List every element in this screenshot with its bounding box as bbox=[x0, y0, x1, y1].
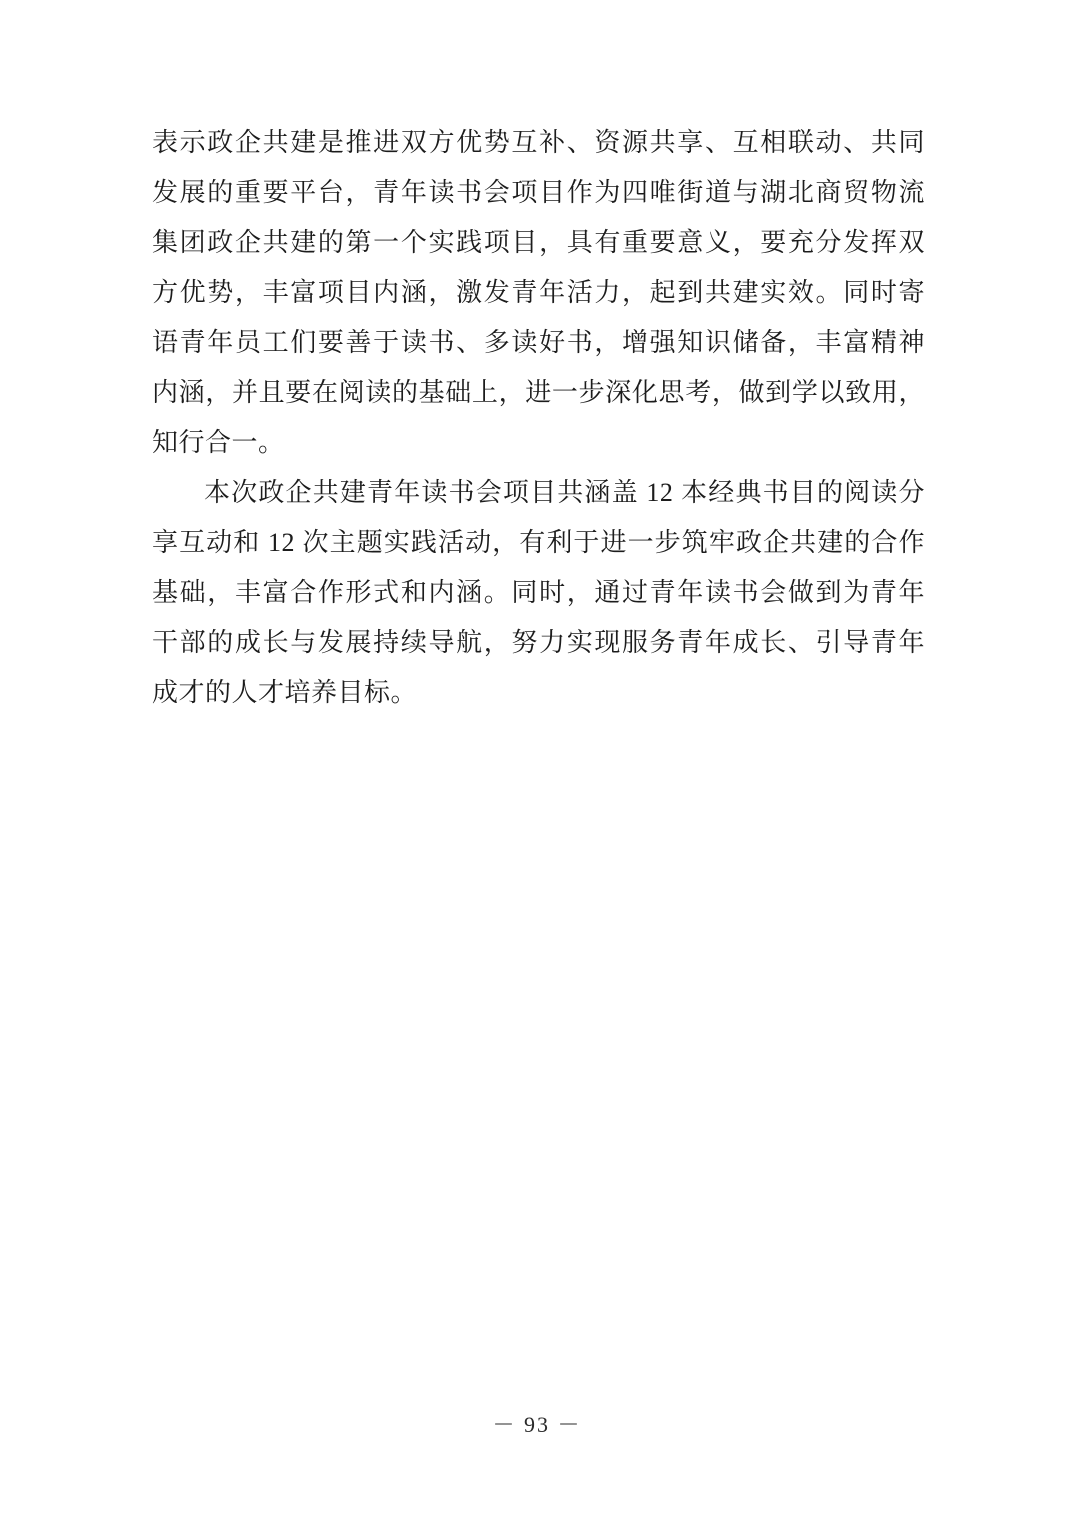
paragraph-1-line-6: 内涵，并且要在阅读的基础上，进一步深化思考，做到学以致用， bbox=[152, 368, 925, 418]
paragraph-2-line-3: 基础，丰富合作形式和内涵。同时，通过青年读书会做到为青年 bbox=[152, 568, 925, 618]
paragraph-2-line-2: 享互动和 12 次主题实践活动，有利于进一步筑牢政企共建的合作 bbox=[152, 518, 925, 568]
paragraph-1-line-5: 语青年员工们要善于读书、多读好书，增强知识储备，丰富精神 bbox=[152, 318, 925, 368]
paragraph-1-line-7: 知行合一。 bbox=[152, 418, 925, 468]
body-text: 表示政企共建是推进双方优势互补、资源共享、互相联动、共同 发展的重要平台，青年读… bbox=[152, 118, 925, 718]
paragraph-2-line-5: 成才的人才培养目标。 bbox=[152, 668, 925, 718]
document-page: 表示政企共建是推进双方优势互补、资源共享、互相联动、共同 发展的重要平台，青年读… bbox=[0, 0, 1074, 1520]
paragraph-1-line-1: 表示政企共建是推进双方优势互补、资源共享、互相联动、共同 bbox=[152, 118, 925, 168]
page-number: － 93 － bbox=[0, 1408, 1074, 1439]
paragraph-1-line-3: 集团政企共建的第一个实践项目，具有重要意义，要充分发挥双 bbox=[152, 218, 925, 268]
paragraph-1-line-2: 发展的重要平台，青年读书会项目作为四唯街道与湖北商贸物流 bbox=[152, 168, 925, 218]
paragraph-1-line-4: 方优势，丰富项目内涵，激发青年活力，起到共建实效。同时寄 bbox=[152, 268, 925, 318]
paragraph-2-line-4: 干部的成长与发展持续导航，努力实现服务青年成长、引导青年 bbox=[152, 618, 925, 668]
paragraph-2-line-1: 本次政企共建青年读书会项目共涵盖 12 本经典书目的阅读分 bbox=[152, 468, 925, 518]
